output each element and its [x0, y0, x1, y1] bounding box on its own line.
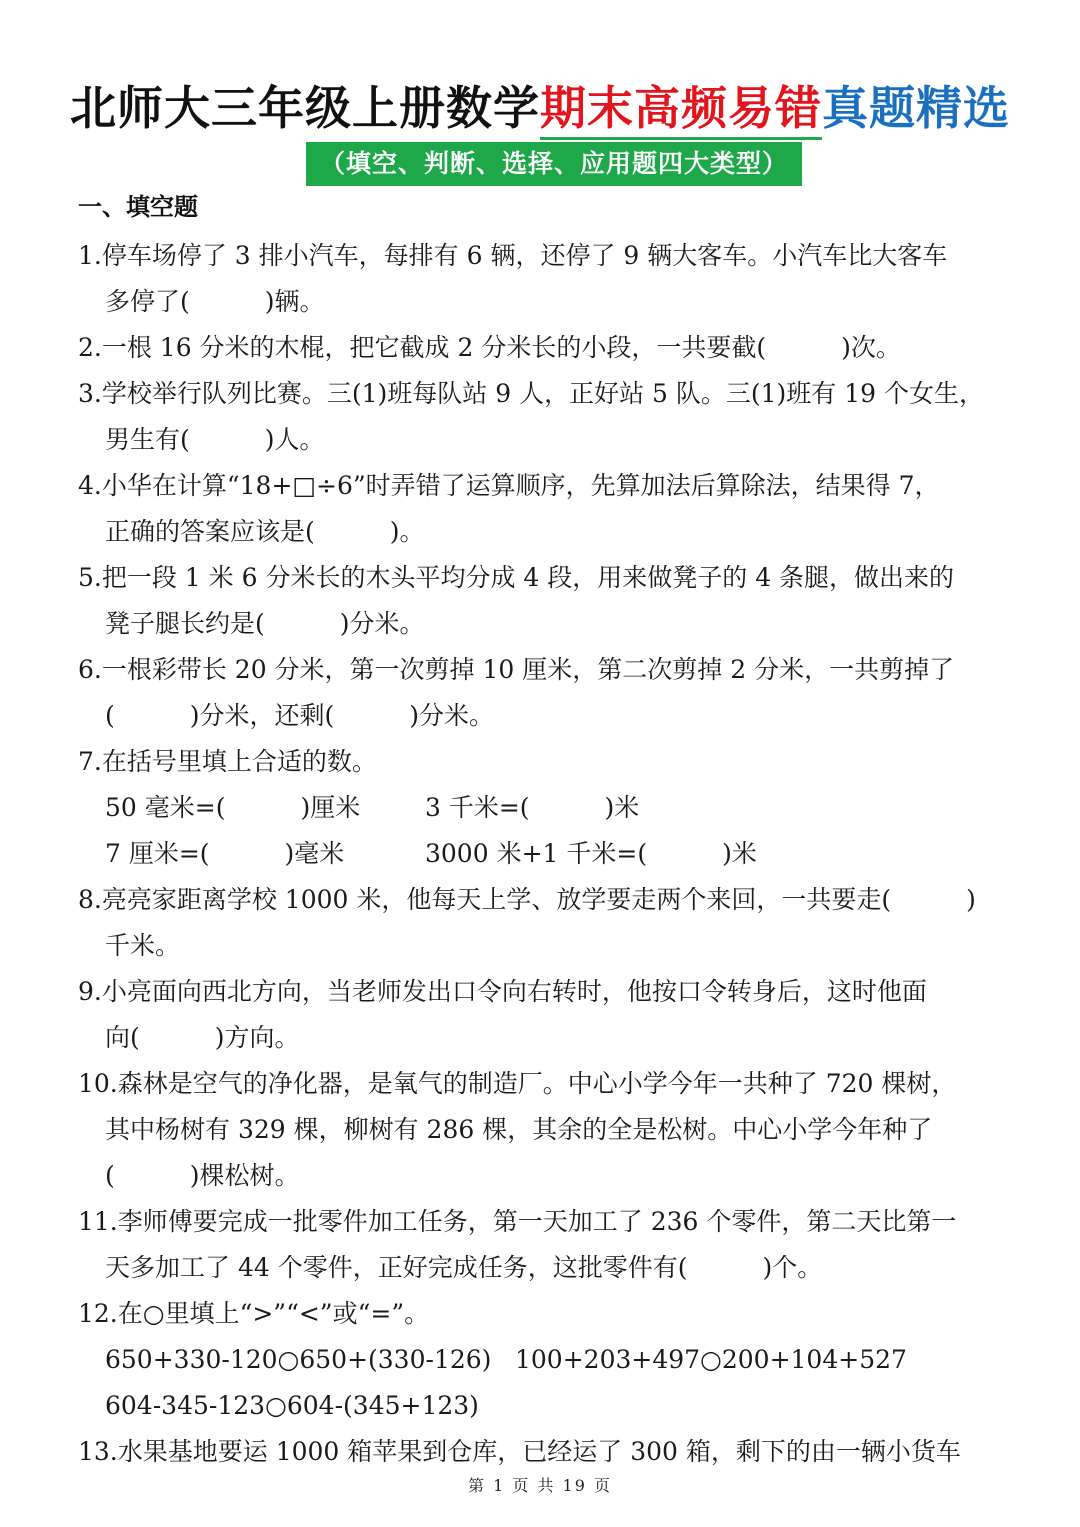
question-8: 8.亮亮家距离学校 1000 米，他每天上学、放学要走两个来回，一共要走( ) …: [78, 877, 1008, 969]
question-line: 千米。: [78, 923, 1008, 969]
comparison-item: 100+203+497○200+104+527: [515, 1337, 907, 1383]
question-2: 2.一根 16 分米的木棍，把它截成 2 分米长的小段，一共要截( )次。: [78, 325, 1008, 371]
sub-item: 50 毫米=( )厘米: [105, 785, 425, 831]
sub-item: 3000 米+1 千米=( )米: [425, 831, 757, 877]
question-line: 1.停车场停了 3 排小汽车，每排有 6 辆，还停了 9 辆大客车。小汽车比大客…: [78, 233, 1008, 279]
question-line: 男生有( )人。: [78, 417, 1008, 463]
sub-item: 3 千米=( )米: [425, 785, 639, 831]
title-part-highlight: 期末高频易错: [540, 81, 822, 140]
comparison-item: 650+330-120○650+(330-126): [105, 1337, 515, 1383]
question-line: 4.小华在计算“18+□÷6”时弄错了运算顺序，先算加法后算除法，结果得 7，: [78, 463, 1008, 509]
title-part-grade-subject: 北师大三年级上册数学: [70, 81, 540, 135]
question-line: 9.小亮面向西北方向，当老师发出口令向右转时，他按口令转身后，这时他面: [78, 969, 1008, 1015]
question-4: 4.小华在计算“18+□÷6”时弄错了运算顺序，先算加法后算除法，结果得 7， …: [78, 463, 1008, 555]
title-part-selection: 真题精选: [822, 81, 1010, 135]
question-line: 其中杨树有 329 棵，柳树有 286 棵，其余的全是松树。中心小学今年种了: [78, 1107, 1008, 1153]
question-line: ( )棵松树。: [78, 1153, 1008, 1199]
page-number: 第 1 页 共 19 页: [0, 1475, 1080, 1497]
question-6: 6.一根彩带长 20 分米，第一次剪掉 10 厘米，第二次剪掉 2 分米，一共剪…: [78, 647, 1008, 739]
question-line: 2.一根 16 分米的木棍，把它截成 2 分米长的小段，一共要截( )次。: [78, 325, 1008, 371]
question-line: 3.学校举行队列比赛。三(1)班每队站 9 人，正好站 5 队。三(1)班有 1…: [78, 371, 1008, 417]
question-10: 10.森林是空气的净化器，是氧气的制造厂。中心小学今年一共种了 720 棵树， …: [78, 1061, 1008, 1199]
question-line: 6.一根彩带长 20 分米，第一次剪掉 10 厘米，第二次剪掉 2 分米，一共剪…: [78, 647, 1008, 693]
question-line: 7.在括号里填上合适的数。: [78, 739, 1008, 785]
sub-item-row: 50 毫米=( )厘米3 千米=( )米: [78, 785, 1008, 831]
question-line: 12.在○里填上“>”“<”或“=”。: [78, 1291, 1008, 1337]
sub-item: 7 厘米=( )毫米: [105, 831, 425, 877]
question-12: 12.在○里填上“>”“<”或“=”。 650+330-120○650+(330…: [78, 1291, 1008, 1429]
question-line: 多停了( )辆。: [78, 279, 1008, 325]
subtitle-banner: （填空、判断、选择、应用题四大类型）: [306, 142, 802, 186]
question-line: 凳子腿长约是( )分米。: [78, 601, 1008, 647]
sub-item-row: 7 厘米=( )毫米3000 米+1 千米=( )米: [78, 831, 1008, 877]
question-line: 天多加工了 44 个零件，正好完成任务，这批零件有( )个。: [78, 1245, 1008, 1291]
question-line: 正确的答案应该是( )。: [78, 509, 1008, 555]
question-line: 向( )方向。: [78, 1015, 1008, 1061]
question-line: 10.森林是空气的净化器，是氧气的制造厂。中心小学今年一共种了 720 棵树，: [78, 1061, 1008, 1107]
section-heading-fill-in: 一、填空题: [78, 188, 198, 226]
question-line: 5.把一段 1 米 6 分米长的木头平均分成 4 段，用来做凳子的 4 条腿，做…: [78, 555, 1008, 601]
question-3: 3.学校举行队列比赛。三(1)班每队站 9 人，正好站 5 队。三(1)班有 1…: [78, 371, 1008, 463]
sub-item-row: 650+330-120○650+(330-126)100+203+497○200…: [78, 1337, 1008, 1383]
question-11: 11.李师傅要完成一批零件加工任务，第一天加工了 236 个零件，第二天比第一 …: [78, 1199, 1008, 1291]
question-7: 7.在括号里填上合适的数。 50 毫米=( )厘米3 千米=( )米 7 厘米=…: [78, 739, 1008, 877]
question-13: 13.水果基地要运 1000 箱苹果到仓库，已经运了 300 箱，剩下的由一辆小…: [78, 1429, 1008, 1475]
question-line: 8.亮亮家距离学校 1000 米，他每天上学、放学要走两个来回，一共要走( ): [78, 877, 1008, 923]
question-line: ( )分米，还剩( )分米。: [78, 693, 1008, 739]
comparison-item: 604-345-123○604-(345+123): [105, 1383, 479, 1429]
question-9: 9.小亮面向西北方向，当老师发出口令向右转时，他按口令转身后，这时他面 向( )…: [78, 969, 1008, 1061]
sub-item-row: 604-345-123○604-(345+123): [78, 1383, 1008, 1429]
document-title: 北师大三年级上册数学期末高频易错真题精选: [0, 78, 1080, 138]
question-line: 13.水果基地要运 1000 箱苹果到仓库，已经运了 300 箱，剩下的由一辆小…: [78, 1429, 1008, 1475]
question-5: 5.把一段 1 米 6 分米长的木头平均分成 4 段，用来做凳子的 4 条腿，做…: [78, 555, 1008, 647]
question-line: 11.李师傅要完成一批零件加工任务，第一天加工了 236 个零件，第二天比第一: [78, 1199, 1008, 1245]
question-list: 1.停车场停了 3 排小汽车，每排有 6 辆，还停了 9 辆大客车。小汽车比大客…: [78, 233, 1008, 1475]
question-1: 1.停车场停了 3 排小汽车，每排有 6 辆，还停了 9 辆大客车。小汽车比大客…: [78, 233, 1008, 325]
